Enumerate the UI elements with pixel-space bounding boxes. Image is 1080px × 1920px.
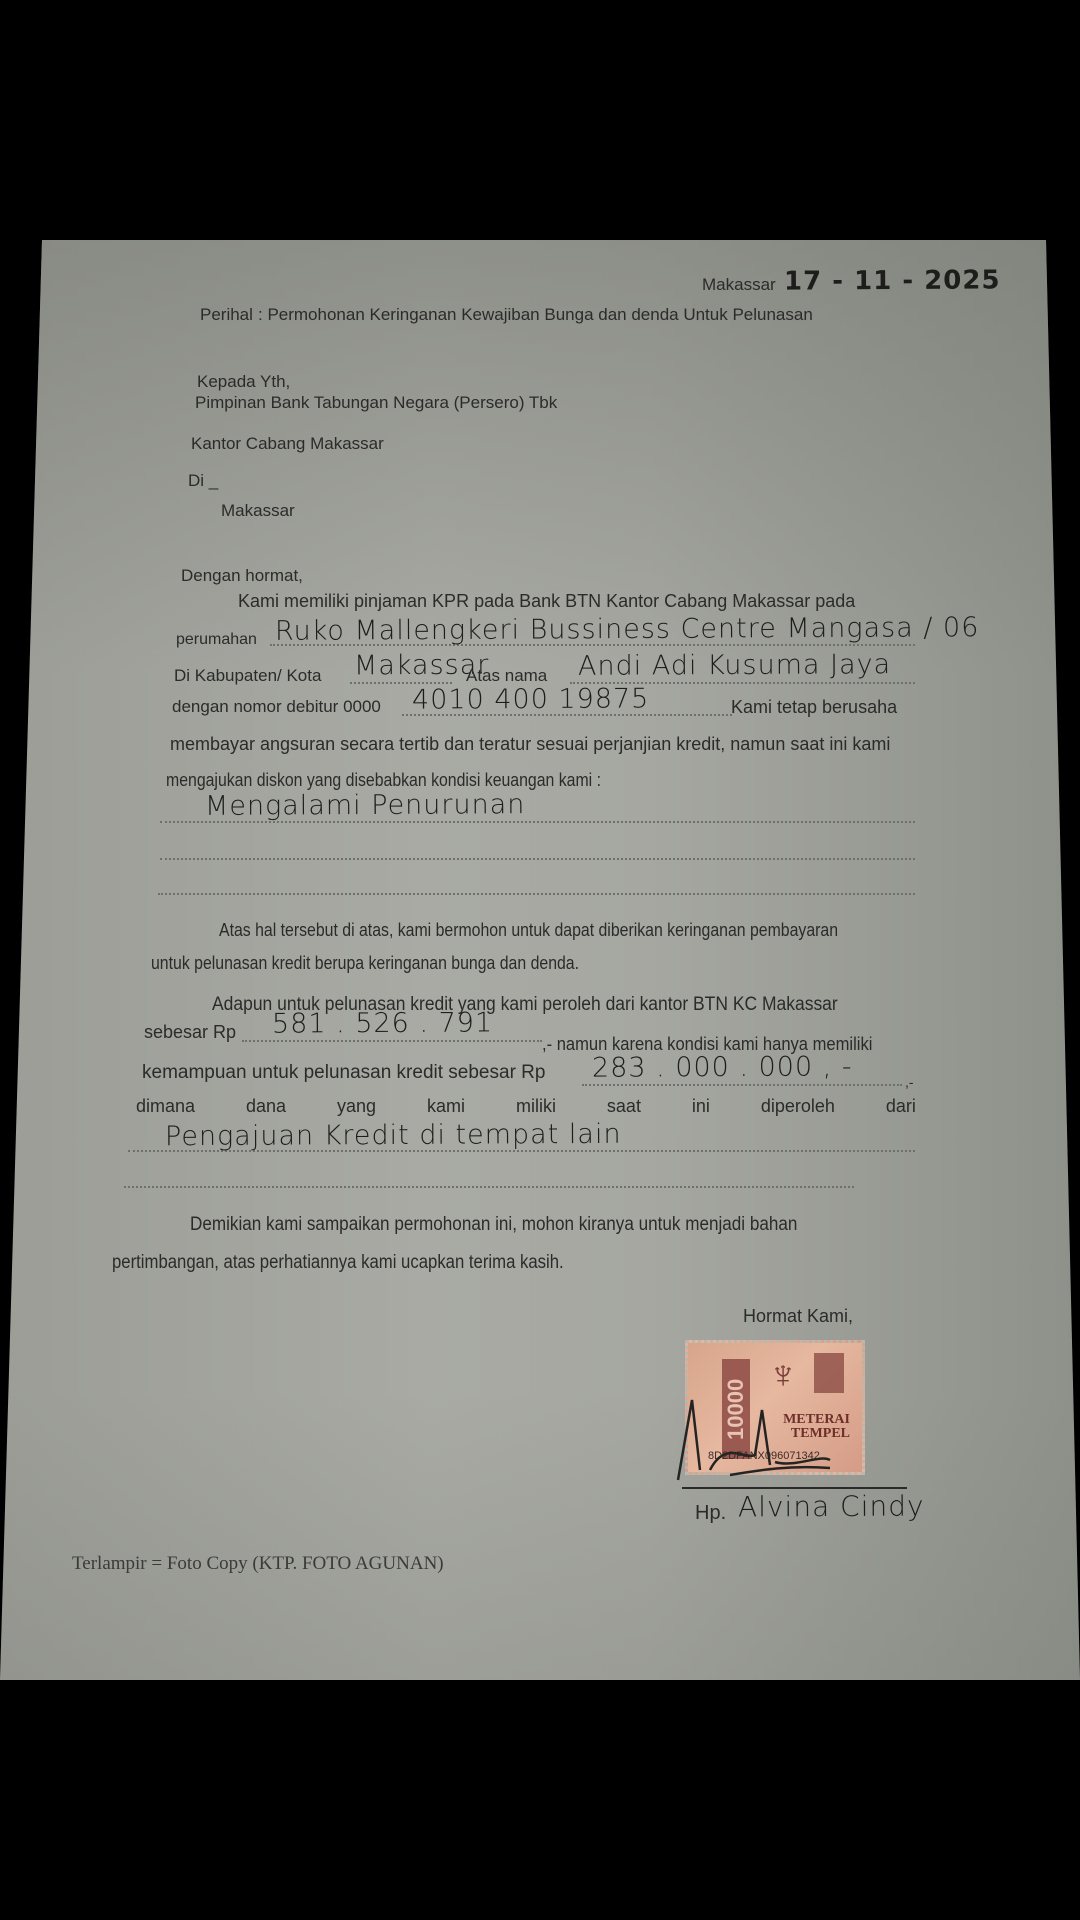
signature-line: [682, 1487, 907, 1489]
recipient-salutation: Kepada Yth,: [197, 372, 290, 392]
para1-line1: Kami memiliki pinjaman KPR pada Bank BTN…: [238, 591, 855, 612]
name-value: Andi Adi Kusuma Jaya: [578, 649, 891, 682]
amount-label: sebesar Rp: [144, 1022, 236, 1043]
signer-prefix: Hp.: [695, 1502, 726, 1525]
city-label: Di Kabupaten/ Kota: [174, 666, 321, 686]
para3-words-line: dimana dana yang kami miliki saat ini di…: [136, 1096, 916, 1117]
ability-label: kemampuan untuk pelunasan kredit sebesar…: [142, 1062, 545, 1084]
recipient-city: Makassar: [221, 501, 295, 521]
attachment-note: Terlampir = Foto Copy (KTP. FOTO AGUNAN): [72, 1553, 444, 1575]
ability-tail: ,-: [905, 1074, 914, 1090]
para2-line2: untuk pelunasan kredit berupa keringanan…: [151, 953, 579, 974]
fund-source: Pengajuan Kredit di tempat lain: [165, 1119, 622, 1152]
recipient-line1: Pimpinan Bank Tabungan Negara (Persero) …: [195, 393, 557, 413]
para1-tail: Kami tetap berusaha: [731, 697, 897, 718]
ability-amount: 283 . 000 . 000 , -: [592, 1051, 853, 1083]
subject-text: : Permohonan Keringanan Kewajiban Bunga …: [258, 305, 813, 325]
para1-line6: mengajukan diskon yang disebabkan kondis…: [166, 770, 601, 791]
housing-label: perumahan: [176, 631, 257, 649]
closing: Hormat Kami,: [743, 1306, 853, 1327]
recipient-line3: Di _: [188, 471, 218, 491]
reason-value: Mengalami Penurunan: [205, 789, 526, 822]
para4-line1: Demikian kami sampaikan permohonan ini, …: [190, 1214, 797, 1236]
subject-label: Perihal: [200, 305, 253, 325]
debtor-label: dengan nomor debitur 0000: [172, 697, 381, 717]
housing-value: Ruko Mallengkeri Bussiness Centre Mangas…: [275, 612, 979, 647]
signature-scribble: [670, 1370, 870, 1490]
loan-amount: 581 . 526 . 791: [272, 1007, 493, 1039]
recipient-line2: Kantor Cabang Makassar: [191, 434, 384, 454]
para2-line1: Atas hal tersebut di atas, kami bermohon…: [219, 920, 838, 941]
letter-place: Makassar: [702, 275, 776, 295]
signer-name: Alvina Cindy: [738, 1490, 925, 1524]
debtor-number: 4010 400 19875: [412, 683, 649, 715]
para4-line2: pertimbangan, atas perhatiannya kami uca…: [112, 1252, 564, 1274]
para1-line5: membayar angsuran secara tertib dan tera…: [170, 734, 890, 755]
letter-date: 17 - 11 - 2025: [784, 265, 1001, 296]
greeting: Dengan hormat,: [181, 566, 303, 586]
